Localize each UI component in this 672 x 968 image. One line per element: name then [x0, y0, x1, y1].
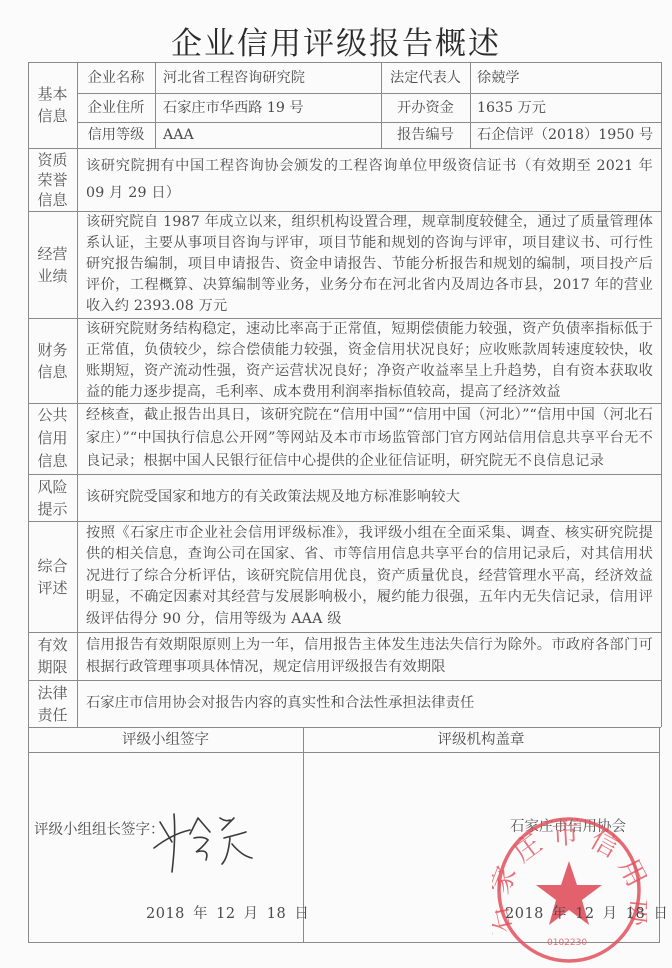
field-label-address: 企业住所: [77, 93, 155, 122]
document-title: 企业信用评级报告概述: [0, 18, 672, 63]
section-text-business-performance: 该研究院自 1987 年成立以来，组织机构设置合理，规章制度较健全，通过了质量管…: [77, 211, 661, 318]
section-label-legal: 法律 责任: [28, 680, 77, 727]
field-value-credit-grade: AAA: [163, 122, 381, 148]
section-text-summary: 按照《石家庄市企业社会信用评级标准》，我评级小组在全面采集、调查、核实研究院提供…: [77, 521, 661, 632]
section-label-risk: 风险 提示: [28, 474, 77, 521]
field-value-address: 石家庄市华西路 19 号: [163, 93, 381, 122]
field-label-credit-grade: 信用等级: [77, 122, 155, 148]
svg-text:0102230: 0102230: [547, 938, 587, 948]
field-value-report-number: 石企信评（2018）1950 号: [477, 122, 661, 148]
section-text-legal: 石家庄市信用协会对报告内容的真实性和合法性承担法律责任: [77, 680, 661, 727]
section-text-public-credit: 经核查，截止报告出具日，该研究院在“信用中国”“信用中国（河北）”“信用中国（河…: [77, 403, 661, 474]
section-label-public-credit: 公共 信用 信息: [28, 403, 77, 474]
section-text-financial: 该研究院财务结构稳定，速动比率高于正常值，短期偿债能力较强，资产负债率指标低于正…: [77, 318, 661, 403]
section-label-validity: 有效 期限: [28, 632, 77, 680]
official-seal-stamp: 石 家 庄 市 信 用 协 会 0102230: [492, 815, 647, 965]
field-label-legal-rep: 法定代表人: [381, 62, 470, 93]
section-label-summary: 综合 评述: [28, 521, 77, 632]
field-label-company-name: 企业名称: [77, 62, 155, 93]
field-value-legal-rep: 徐兢学: [477, 62, 661, 93]
signature-header-team: 评级小组签字: [28, 727, 303, 752]
team-signature-date: 2018 年 12 月 18 日: [146, 902, 309, 923]
org-seal-date: 2018 年 12 月 18 日: [505, 902, 668, 923]
handwritten-signature: [150, 808, 260, 878]
section-label-qualification: 资质 荣誉 信息: [28, 148, 77, 211]
section-label-basic-info: 基本 信息: [28, 62, 77, 148]
signature-header-org-seal: 评级机构盖章: [303, 727, 659, 752]
section-label-financial: 财务 信息: [28, 318, 77, 403]
team-leader-signature-label: 评级小组组长签字：: [34, 818, 165, 839]
field-value-capital: 1635 万元: [477, 93, 661, 122]
section-text-qualification: 该研究院拥有中国工程咨询协会颁发的工程咨询单位甲级资信证书（有效期至 2021 …: [77, 148, 661, 211]
field-label-report-number: 报告编号: [381, 122, 470, 148]
section-label-business-performance: 经营 业绩: [28, 211, 77, 318]
field-value-company-name: 河北省工程咨询研究院: [163, 62, 381, 93]
field-label-capital: 开办资金: [381, 93, 470, 122]
section-text-risk: 该研究院受国家和地方的有关政策法规及地方标准影响较大: [77, 474, 661, 521]
section-text-validity: 信用报告有效期限原则上为一年，信用报告主体发生违法失信行为除外。市政府各部门可根…: [77, 632, 661, 680]
